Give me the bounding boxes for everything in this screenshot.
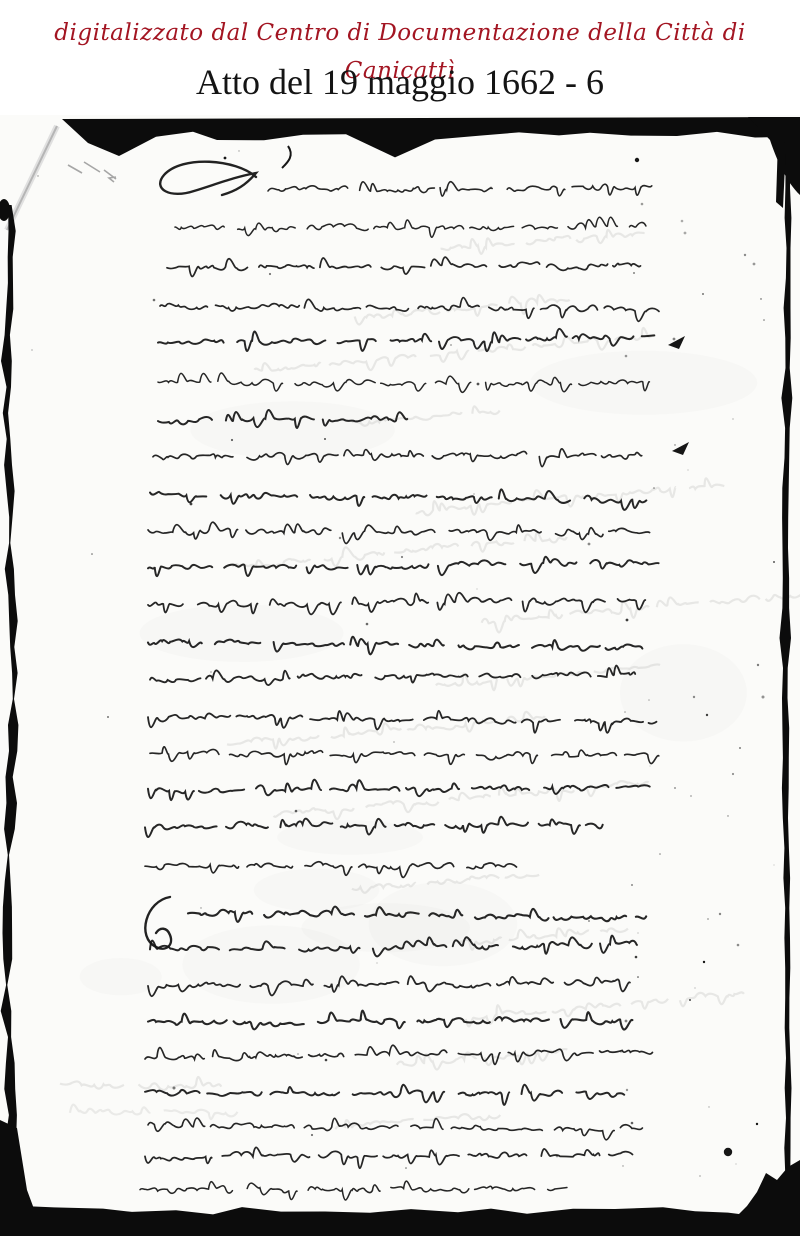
scan-paper [0, 115, 800, 1236]
ink-dot [635, 158, 639, 162]
ink-dot [756, 1123, 758, 1125]
ink-dot [724, 1148, 732, 1156]
manuscript-scan [0, 0, 800, 1236]
manuscript-scan-image [0, 0, 800, 1236]
ink-dot [703, 961, 705, 963]
document-page: digitalizzato dal Centro di Documentazio… [0, 0, 800, 1236]
ink-dot [689, 999, 691, 1001]
ink-dot [224, 157, 227, 160]
